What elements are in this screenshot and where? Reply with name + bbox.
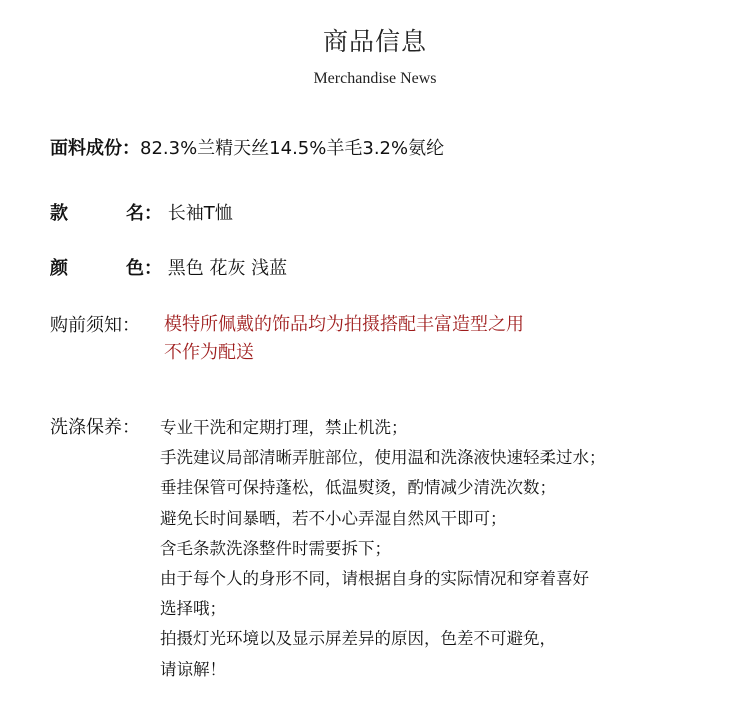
care-line: 手洗建议局部清晰弄脏部位，使用温和洗涤液快速轻柔过水； (160, 443, 606, 473)
care-text: 专业干洗和定期打理，禁止机洗； 手洗建议局部清晰弄脏部位，使用温和洗涤液快速轻柔… (160, 413, 606, 685)
care-line: 由于每个人的身形不同，请根据自身的实际情况和穿着喜好 (160, 564, 606, 594)
fabric-value: 82.3%兰精天丝14.5%羊毛3.2%氨纶 (140, 134, 444, 160)
color-label-a: 颜 (50, 254, 68, 280)
care-line: 请谅解！ (160, 655, 606, 685)
color-label-b: 色： (126, 254, 162, 280)
care-label: 洗涤保养： (50, 413, 140, 439)
notice-line: 不作为配送 (164, 339, 524, 367)
color-value: 黑色 花灰 浅蓝 (168, 254, 287, 280)
care-line: 专业干洗和定期打理，禁止机洗； (160, 413, 606, 443)
care-line: 选择哦； (160, 594, 606, 624)
care-line: 拍摄灯光环境以及显示屏差异的原因，色差不可避免， (160, 624, 606, 654)
page-title: 商品信息 (0, 22, 750, 58)
style-label-a: 款 (50, 199, 68, 225)
care-line: 垂挂保管可保持蓬松，低温熨烫，酌情减少清洗次数； (160, 473, 606, 503)
style-row: 款名： 长袖T恤 (50, 199, 233, 225)
notice-line: 模特所佩戴的饰品均为拍摄搭配丰富造型之用 (164, 311, 524, 339)
color-row: 颜色： 黑色 花灰 浅蓝 (50, 254, 287, 280)
fabric-label: 面料成份： (50, 134, 140, 160)
notice-text: 模特所佩戴的饰品均为拍摄搭配丰富造型之用 不作为配送 (164, 311, 524, 367)
page-subtitle: Merchandise News (0, 70, 750, 88)
care-line: 避免长时间暴晒，若不小心弄湿自然风干即可； (160, 504, 606, 534)
care-line: 含毛条款洗涤整件时需要拆下； (160, 534, 606, 564)
notice-label: 购前须知： (50, 311, 140, 337)
style-label-b: 名： (126, 199, 162, 225)
style-value: 长袖T恤 (168, 199, 233, 225)
fabric-row: 面料成份：82.3%兰精天丝14.5%羊毛3.2%氨纶 (50, 134, 444, 160)
